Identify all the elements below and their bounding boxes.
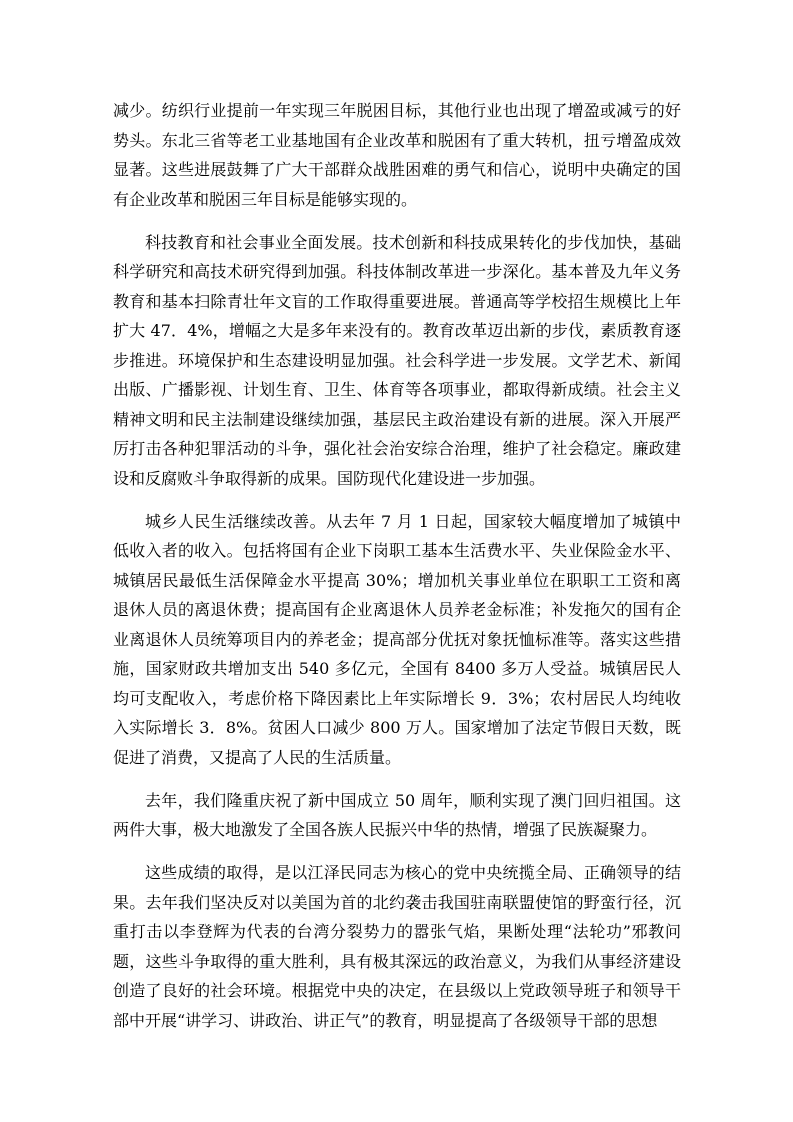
document-page: 减少。纺织行业提前一年实现三年脱困目标，其他行业也出现了增盈或减亏的好势头。东北…	[0, 0, 793, 1122]
paragraph-party-leadership: 这些成绩的取得，是以江泽民同志为核心的党中央统揽全局、正确领导的结果。去年我们坚…	[113, 858, 681, 1035]
paragraph-living-standards: 城乡人民生活继续改善。从去年 7 月 1 日起，国家较大幅度增加了城镇中低收入者…	[113, 507, 681, 773]
paragraph-continuation-enterprise-reform: 减少。纺织行业提前一年实现三年脱困目标，其他行业也出现了增盈或减亏的好势头。东北…	[113, 96, 681, 214]
document-body: 减少。纺织行业提前一年实现三年脱困目标，其他行业也出现了增盈或减亏的好势头。东北…	[113, 96, 681, 1035]
paragraph-anniversary-macao: 去年，我们隆重庆祝了新中国成立 50 周年，顺利实现了澳门回归祖国。这两件大事，…	[113, 786, 681, 845]
paragraph-science-education-social: 科技教育和社会事业全面发展。技术创新和科技成果转化的步伐加快，基础科学研究和高技…	[113, 228, 681, 494]
